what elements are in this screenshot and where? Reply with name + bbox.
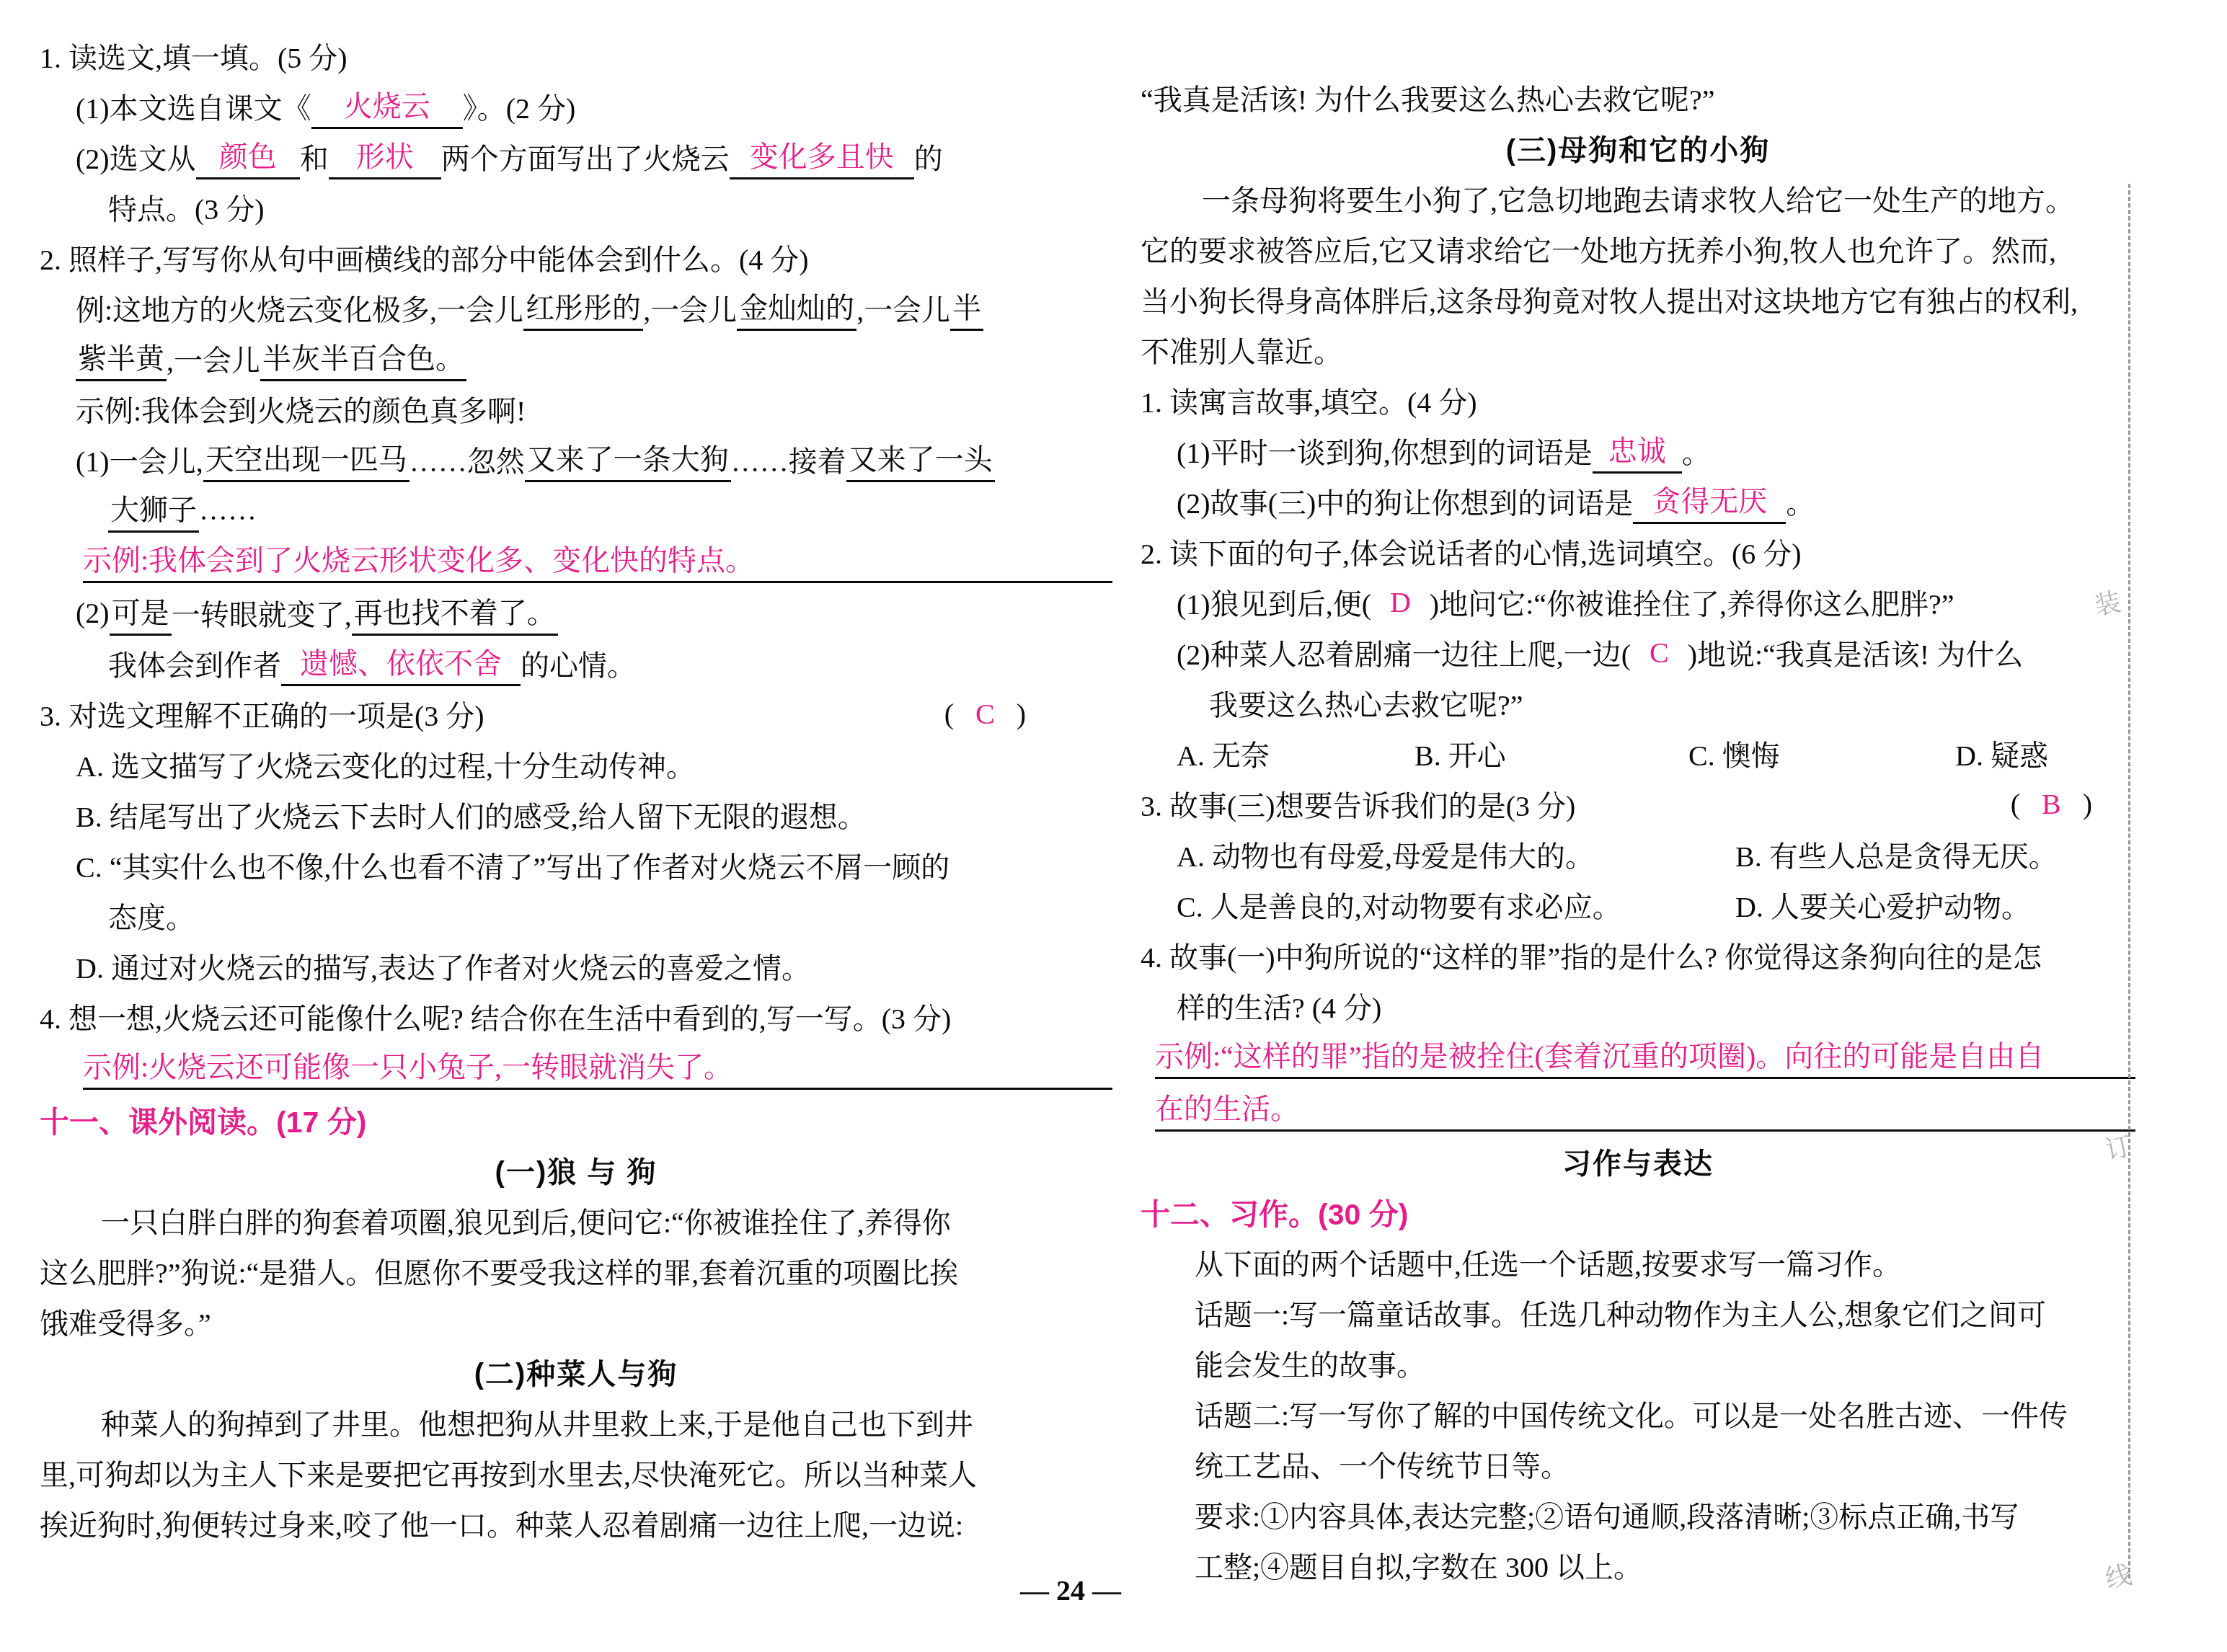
answer-bracket: (B) [2011,787,2092,821]
passage-line: 一只白胖白胖的狗套着项圈,狼见到后,便问它:“你被谁拴住了,养得你 [40,1195,1112,1245]
text-segment: 1. 读寓言故事,填空。(4 分) [1141,380,1477,421]
underlined-text: 紫半黄 [76,336,167,381]
underlined-text: 红彤彤的 [523,285,643,331]
question-line: 我要这么热心去救它呢?” [1141,678,2135,728]
choice-option: C. 懊悔 [1688,733,1955,774]
worksheet-page: 1. 读选文,填一填。(5 分)(1)本文选自课文《火烧云》。(2 分)(2)选… [0,0,2227,1652]
passage-line: 它的要求被答应后,它又请求给它一处地方抚养小狗,牧人也允许了。然而, [1141,223,2135,274]
choice-option: D. 疑惑 [1955,733,2135,774]
section-header: 十一、课外阅读。(17 分) [40,1094,1112,1145]
passage-title: (一)狼 与 狗 [40,1145,1112,1195]
choice-line: 态度。 [40,890,1112,941]
passage-line: 不准别人靠近。 [1141,324,2135,375]
text-segment: 态度。 [108,895,195,936]
question-line: 2. 读下面的句子,体会说话者的心情,选词填空。(6 分) [1141,526,2135,577]
choice-option: A. 动物也有母爱,母爱是伟大的。 [1177,834,1735,875]
instruction-line: 话题一:写一篇童话故事。任选几种动物作为主人公,想象它们之间可 [1141,1287,2135,1338]
underlined-text: 再也找不着了。 [352,590,558,636]
question-line: (1)狼见到后,便(D)地问它:“你被谁拴住了,养得你这么肥胖?” [1141,577,2135,627]
instruction-line: 能会发生的故事。 [1141,1338,2135,1388]
choice-row: A. 动物也有母爱,母爱是伟大的。B. 有些人总是贪得无厌。 [1141,829,2135,879]
question-line: 我体会到作者遗憾、依依不舍的心情。 [40,638,1112,688]
choice-option: C. 人是善良的,对动物要有求必应。 [1177,884,1735,925]
text-segment: 当小狗长得身高体胖后,这条母狗竟对牧人提出对这块地方它有独占的权利, [1141,279,2078,320]
text-segment: 2. 读下面的句子,体会说话者的心情,选词填空。(6 分) [1141,531,1802,572]
answer-text: 形状 [329,134,441,179]
text-segment: )地说:“我真是活该! 为什么 [1688,632,2024,673]
left-column: 1. 读选文,填一填。(5 分)(1)本文选自课文《火烧云》。(2 分)(2)选… [40,0,1112,1548]
question-line: (2)故事(三)中的狗让你想到的词语是贪得无厌。 [1141,476,2135,526]
answer-line: 示例:我体会到了火烧云形状变化多、变化快的特点。 [83,535,1112,583]
choice-row: C. 人是善良的,对动物要有求必应。D. 人要关心爱护动物。 [1141,879,2135,930]
choice-line: D. 通过对火烧云的描写,表达了作者对火烧云的喜爱之情。 [40,941,1112,991]
text-segment: 2. 照样子,写写你从句中画横线的部分中能体会到什么。(4 分) [40,237,809,278]
text-segment: 饿难受得多。” [40,1301,211,1342]
text-segment: 习作与表达 [1562,1141,1714,1182]
text-segment: 1. 读选文,填一填。(5 分) [40,35,347,76]
question-line: 2. 照样子,写写你从句中画横线的部分中能体会到什么。(4 分) [40,232,1112,283]
answer-text: 示例:我体会到了火烧云形状变化多、变化快的特点。 [83,538,754,579]
choice-line: A. 选文描写了火烧云变化的过程,十分生动传神。 [40,739,1112,789]
question-line: (2)可是一转眼就变了,再也找不着了。 [40,587,1112,638]
answer-text: 贪得无厌 [1633,479,1786,524]
passage-line: 当小狗长得身高体胖后,这条母狗竟对牧人提出对这块地方它有独占的权利, [1141,274,2135,324]
text-segment: 我体会到作者 [108,643,281,684]
question-line: 大狮子…… [40,484,1112,535]
text-segment: 4. 想一想,火烧云还可能像什么呢? 结合你在生活中看到的,写一写。(3 分) [40,996,951,1037]
answer-line: 示例:火烧云还可能像一只小兔子,一转眼就消失了。 [83,1042,1112,1090]
passage-line: 挨近狗时,狗便转过身来,咬了他一口。种菜人忍着剧痛一边往上爬,一边说: [40,1498,1112,1548]
question-line: 1. 读选文,填一填。(5 分) [40,30,1112,81]
question-line: (2)选文从颜色和形状两个方面写出了火烧云变化多且快的 [40,131,1112,182]
text-segment: 挨近狗时,狗便转过身来,咬了他一口。种菜人忍着剧痛一边往上爬,一边说: [40,1503,963,1544]
text-segment: (二)种菜人与狗 [474,1351,678,1393]
text-segment: 我要这么热心去救它呢?” [1209,683,1523,724]
text-segment: (1)一会儿, [76,439,203,480]
answer-text: 示例:“这样的罪”指的是被拴住(套着沉重的项圈)。向往的可能是自由自 [1155,1034,2044,1075]
choice-option: B. 有些人总是贪得无厌。 [1735,834,2135,875]
text-segment: 话题一:写一篇童话故事。任选几种动物作为主人公,想象它们之间可 [1195,1292,2046,1333]
question-line: (1)一会儿,天空出现一匹马……忽然又来了一条大狗……接着又来了一头 [40,434,1112,484]
text-segment: 样的生活? (4 分) [1177,985,1381,1026]
question-line: (2)种菜人忍着剧痛一边往上爬,一边(C)地说:“我真是活该! 为什么 [1141,627,2135,678]
underlined-text: 天空出现一匹马 [203,437,409,482]
text-segment: (三)母狗和它的小狗 [1506,128,1771,169]
answer-text: 火烧云 [311,84,463,129]
text-segment: 3. 故事(三)想要告诉我们的是(3 分) [1141,783,1575,825]
text-segment: 示例:我体会到火烧云的颜色真多啊! [76,388,526,430]
instruction-line: 统工艺品、一个传统节日等。 [1141,1439,2135,1489]
passage-title: (二)种菜人与狗 [40,1346,1112,1397]
question-line: 特点。(3 分) [40,182,1112,232]
section-header: 十二、习作。(30 分) [1141,1186,2135,1237]
text-segment: 和 [300,136,329,177]
choice-option: A. 无奈 [1177,733,1414,774]
bracket-char: ( [2011,787,2020,821]
underlined-text: 半 [950,285,983,331]
answer-text: 颜色 [196,134,300,179]
text-segment: 4. 故事(一)中狗所说的“这样的罪”指的是什么? 你觉得这条狗向往的是怎 [1141,935,2042,976]
question-line: (1)本文选自课文《火烧云》。(2 分) [40,81,1112,131]
text-segment: 》。(2 分) [463,86,576,127]
text-segment: (2)种菜人忍着剧痛一边往上爬,一边( [1177,632,1631,673]
text-segment: 两个方面写出了火烧云 [441,136,730,177]
passage-line: 种菜人的狗掉到了井里。他想把狗从井里救上来,于是他自己也下到井 [40,1397,1112,1447]
text-segment: 这么肥胖?”狗说:“是猎人。但愿你不要受我这样的罪,套着沉重的项圈比挨 [40,1251,958,1292]
text-segment: ,一会儿 [643,288,737,329]
passage-title: (三)母狗和它的小狗 [1141,123,2135,173]
answer-text: 遗憾、依依不舍 [281,641,521,686]
answer-bracket: (C) [944,697,1026,731]
underlined-text: 又来了一条大狗 [525,437,731,482]
binding-line [2128,184,2130,1578]
text-segment: 十二、习作。(30 分) [1141,1191,1408,1233]
text-segment: A. 选文描写了火烧云变化的过程,十分生动传神。 [76,744,695,785]
choice-row: A. 无奈B. 开心C. 懊悔D. 疑惑 [1141,728,2135,778]
text-segment: (1)平时一谈到狗,你想到的词语是 [1177,430,1593,471]
text-segment: (1)本文选自课文《 [76,86,311,127]
question-line: 3. 故事(三)想要告诉我们的是(3 分)(B) [1141,778,2135,829]
page-number: — 24 — [0,1573,2141,1607]
text-segment: (2)故事(三)中的狗让你想到的词语是 [1177,481,1633,522]
question-line: 1. 读寓言故事,填空。(4 分) [1141,375,2135,425]
answer-text: 变化多且快 [730,134,914,179]
underlined-text: 又来了一头 [846,437,995,482]
choice-line: C. “其实什么也不像,什么也看不清了”写出了作者对火烧云不屑一顾的 [40,840,1112,890]
answer-letter: B [2020,787,2083,821]
text-segment: C. “其实什么也不像,什么也看不清了”写出了作者对火烧云不屑一顾的 [76,845,949,886]
answer-text: 示例:火烧云还可能像一只小兔子,一转眼就消失了。 [83,1044,732,1085]
text-segment: B. 结尾写出了火烧云下去时人们的感受,给人留下无限的遐想。 [76,794,867,835]
bracket-char: ( [944,697,954,731]
question-line: (1)平时一谈到狗,你想到的词语是忠诚。 [1141,425,2135,476]
text-segment: 的 [914,136,943,177]
passage-line: 饿难受得多。” [40,1296,1112,1346]
question-line: 4. 想一想,火烧云还可能像什么呢? 结合你在生活中看到的,写一写。(3 分) [40,991,1112,1042]
text-segment: )地问它:“你被谁拴住了,养得你这么肥胖?” [1430,582,1954,623]
passage-line: “我真是活该! 为什么我要这么热心去救它呢?” [1141,72,2135,123]
question-line: 4. 故事(一)中狗所说的“这样的罪”指的是什么? 你觉得这条狗向往的是怎 [1141,930,2135,980]
text-segment: 。 [1786,481,1815,522]
instruction-line: 要求:①内容具体,表达完整;②语句通顺,段落清晰;③标点正确,书写 [1141,1489,2135,1540]
choice-option: D. 人要关心爱护动物。 [1735,884,2135,925]
text-segment: 统工艺品、一个传统节日等。 [1195,1444,1569,1485]
answer-letter: C [954,697,1017,731]
text-segment: 。 [1682,430,1711,471]
question-line: 样的生活? (4 分) [1141,980,2135,1031]
answer-text: C [1631,636,1688,670]
text-segment: 要求:①内容具体,表达完整;②语句通顺,段落清晰;③标点正确,书写 [1195,1494,2019,1535]
answer-text: 忠诚 [1593,428,1682,474]
text-segment: 话题二:写一写你了解的中国传统文化。可以是一处名胜古迹、一件传 [1195,1393,2068,1434]
text-segment: 十一、课外阅读。(17 分) [40,1098,366,1141]
answer-line: 在的生活。 [1155,1083,2135,1132]
text-segment: 里,可狗却以为主人下来是要把它再按到水里去,尽快淹死它。所以当种菜人 [40,1452,977,1493]
text-segment: D. 通过对火烧云的描写,表达了作者对火烧云的喜爱之情。 [76,946,810,987]
text-segment: (一)狼 与 狗 [495,1150,658,1191]
passage-line: 一条母狗将要生小狗了,它急切地跑去请求牧人给它一处生产的地方。 [1141,173,2135,223]
choice-line: B. 结尾写出了火烧云下去时人们的感受,给人留下无限的遐想。 [40,789,1112,840]
answer-text: D [1371,585,1430,619]
text-segment: 它的要求被答应后,它又请求给它一处地方抚养小狗,牧人也允许了。然而, [1141,228,2056,270]
text-segment: …… [199,493,257,527]
example-line: 紫半黄,一会儿半灰半百合色。 [40,333,1112,383]
example-line: 示例:我体会到火烧云的颜色真多啊! [40,383,1112,434]
text-segment: 一转眼就变了, [172,592,352,634]
text-segment: ……接着 [731,439,846,480]
text-segment: 不准别人靠近。 [1141,329,1342,370]
text-segment: 一条母狗将要生小狗了,它急切地跑去请求牧人给它一处生产的地方。 [1202,178,2074,219]
underlined-text: 半灰半百合色。 [260,336,466,381]
text-segment: 的心情。 [521,643,636,684]
text-segment: 从下面的两个话题中,任选一个话题,按要求写一篇习作。 [1195,1242,1901,1283]
right-column: “我真是活该! 为什么我要这么热心去救它呢?”(三)母狗和它的小狗一条母狗将要生… [1141,0,2135,1590]
bracket-char: ) [1017,697,1026,731]
text-segment: (2)选文从 [76,136,196,177]
text-segment: “我真是活该! 为什么我要这么热心去救它呢?” [1141,77,1715,118]
text-segment: ,一会儿 [856,288,950,329]
section-title: 习作与表达 [1141,1136,2135,1186]
text-segment: 能会发生的故事。 [1195,1343,1425,1384]
text-segment: ,一会儿 [167,338,260,379]
text-segment: 例:这地方的火烧云变化极多,一会儿 [76,288,523,329]
text-segment: 种菜人的狗掉到了井里。他想把狗从井里救上来,于是他自己也下到井 [101,1402,973,1443]
question-line: 3. 对选文理解不正确的一项是(3 分)(C) [40,688,1112,739]
text-segment: 一只白胖白胖的狗套着项圈,狼见到后,便问它:“你被谁拴住了,养得你 [101,1200,951,1241]
instruction-line: 从下面的两个话题中,任选一个话题,按要求写一篇习作。 [1141,1237,2135,1287]
answer-line: 示例:“这样的罪”指的是被拴住(套着沉重的项圈)。向往的可能是自由自 [1155,1031,2135,1079]
bracket-char: ) [2083,787,2092,821]
text-segment: 特点。(3 分) [108,187,265,228]
answer-text: 在的生活。 [1155,1086,1299,1127]
passage-line: 里,可狗却以为主人下来是要把它再按到水里去,尽快淹死它。所以当种菜人 [40,1447,1112,1498]
underlined-text: 金灿灿的 [737,285,856,331]
text-segment: (1)狼见到后,便( [1177,582,1371,623]
underlined-text: 可是 [110,590,172,636]
underlined-text: 大狮子 [108,487,199,533]
example-line: 例:这地方的火烧云变化极多,一会儿红彤彤的,一会儿金灿灿的,一会儿半 [40,283,1112,333]
text-segment: (2) [76,596,110,630]
passage-line: 这么肥胖?”狗说:“是猎人。但愿你不要受我这样的罪,套着沉重的项圈比挨 [40,1245,1112,1296]
text-segment: 3. 对选文理解不正确的一项是(3 分) [40,693,484,734]
text-segment: ……忽然 [409,439,525,480]
choice-option: B. 开心 [1414,733,1688,774]
instruction-line: 话题二:写一写你了解的中国传统文化。可以是一处名胜古迹、一件传 [1141,1388,2135,1439]
